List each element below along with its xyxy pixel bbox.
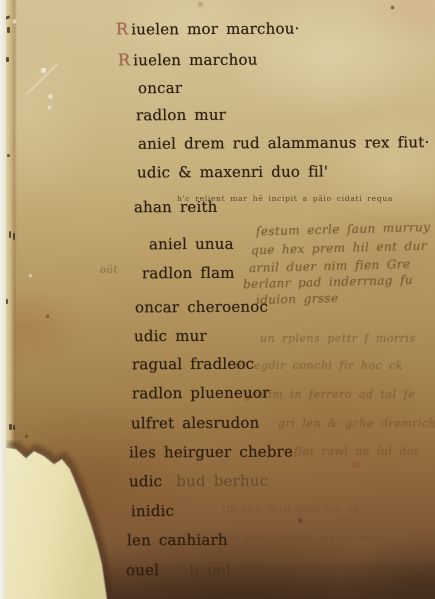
genealogy-line: udic & maxenri duo fil' (137, 162, 328, 181)
binding-hole-mark (6, 57, 9, 62)
entry-text: iuelen mor marchou· (131, 20, 299, 39)
showthrough-text-line: et egdir conchi fir hoc ck (235, 359, 403, 372)
entry-text: ouel (126, 561, 159, 579)
showthrough-text-line: gri len & gche dremrich ne (278, 417, 435, 430)
genealogy-line: ragual fradleoc (132, 355, 254, 374)
showthrough-text-line: mı un nemı nu (247, 561, 340, 574)
genealogy-line: ahan reith (134, 198, 218, 216)
genealogy-line: inidic (131, 502, 174, 520)
genealogy-line: udic mur (134, 327, 207, 345)
genealogy-line: Riuelen mor marchou· (116, 19, 300, 39)
binding-hole-mark (9, 231, 11, 238)
faded-entry-text: bud berhuc (176, 472, 268, 490)
entry-text: aniel drem rud alammanus rex fiut· (138, 133, 430, 153)
binding-hole-mark (13, 425, 15, 430)
entry-text: oncar cheroenoc (135, 298, 268, 317)
entry-text: aniel unua (149, 235, 234, 253)
showthrough-text-line: nu mnı um ne mı nu mn (225, 532, 379, 545)
marginal-note-line: iduion grsse (256, 291, 339, 307)
showthrough-text-line: un rplens pettr f morris (260, 332, 416, 345)
entry-text: iuelen marchou (133, 51, 257, 70)
entry-text: radlon flam (142, 264, 235, 282)
genealogy-line: udicbud berhuc (129, 472, 268, 491)
entry-text: udic mur (134, 327, 207, 345)
genealogy-line: radlon mur (136, 106, 226, 124)
genealogy-line: iles heirguer chebre (129, 443, 293, 462)
manuscript-photo: Riuelen mor marchou· Riuelen marchou onc… (0, 0, 435, 599)
rubricated-initial: R (116, 19, 128, 38)
genealogy-line: aniel unua (149, 235, 234, 253)
genealogy-line: oncar cheroenoc (135, 298, 268, 317)
binding-hole-mark (13, 233, 15, 240)
genealogy-line: Riuelen marchou (118, 50, 258, 70)
entry-text: ahan reith (134, 198, 218, 216)
genealogy-line: radlon plueneuor (132, 384, 270, 403)
genealogy-line: radlon flam (142, 264, 235, 282)
entry-text: oncar (138, 79, 182, 97)
entry-text: radlon mur (136, 106, 226, 124)
binding-hole-mark (7, 27, 10, 33)
genealogy-line: aniel drem rud alammanus rex fiut· (138, 133, 430, 153)
genealogy-line: len canhiarh (127, 531, 228, 550)
entry-text: udic (129, 472, 162, 490)
binding-hole-mark (9, 424, 12, 430)
entry-text: inidic (131, 502, 174, 520)
entry-text: udic & maxenri duo fil' (137, 162, 328, 181)
genealogy-line: oncar (138, 79, 182, 97)
genealogy-line: ulfret alesrudon (131, 414, 260, 433)
showthrough-text-line: fiat rawl ne lul dot (294, 445, 419, 458)
genealogy-line: ouelh uel (126, 561, 231, 580)
entry-text: len canhiarh (127, 531, 228, 550)
showthrough-text-line: oŭt (100, 265, 118, 276)
entry-text: ragual fradleoc (132, 355, 254, 374)
showthrough-text-line: ım ınu mıu nun mı ne (222, 502, 361, 515)
entry-text: iles heirguer chebre (129, 443, 293, 462)
torn-parchment-gap (0, 440, 115, 599)
entry-text: radlon plueneuor (132, 384, 270, 403)
faded-entry-text: h uel (189, 561, 231, 579)
entry-text: ulfret alesrudon (131, 414, 260, 433)
mount-edge (0, 0, 6, 599)
rubricated-initial: R (118, 50, 130, 69)
